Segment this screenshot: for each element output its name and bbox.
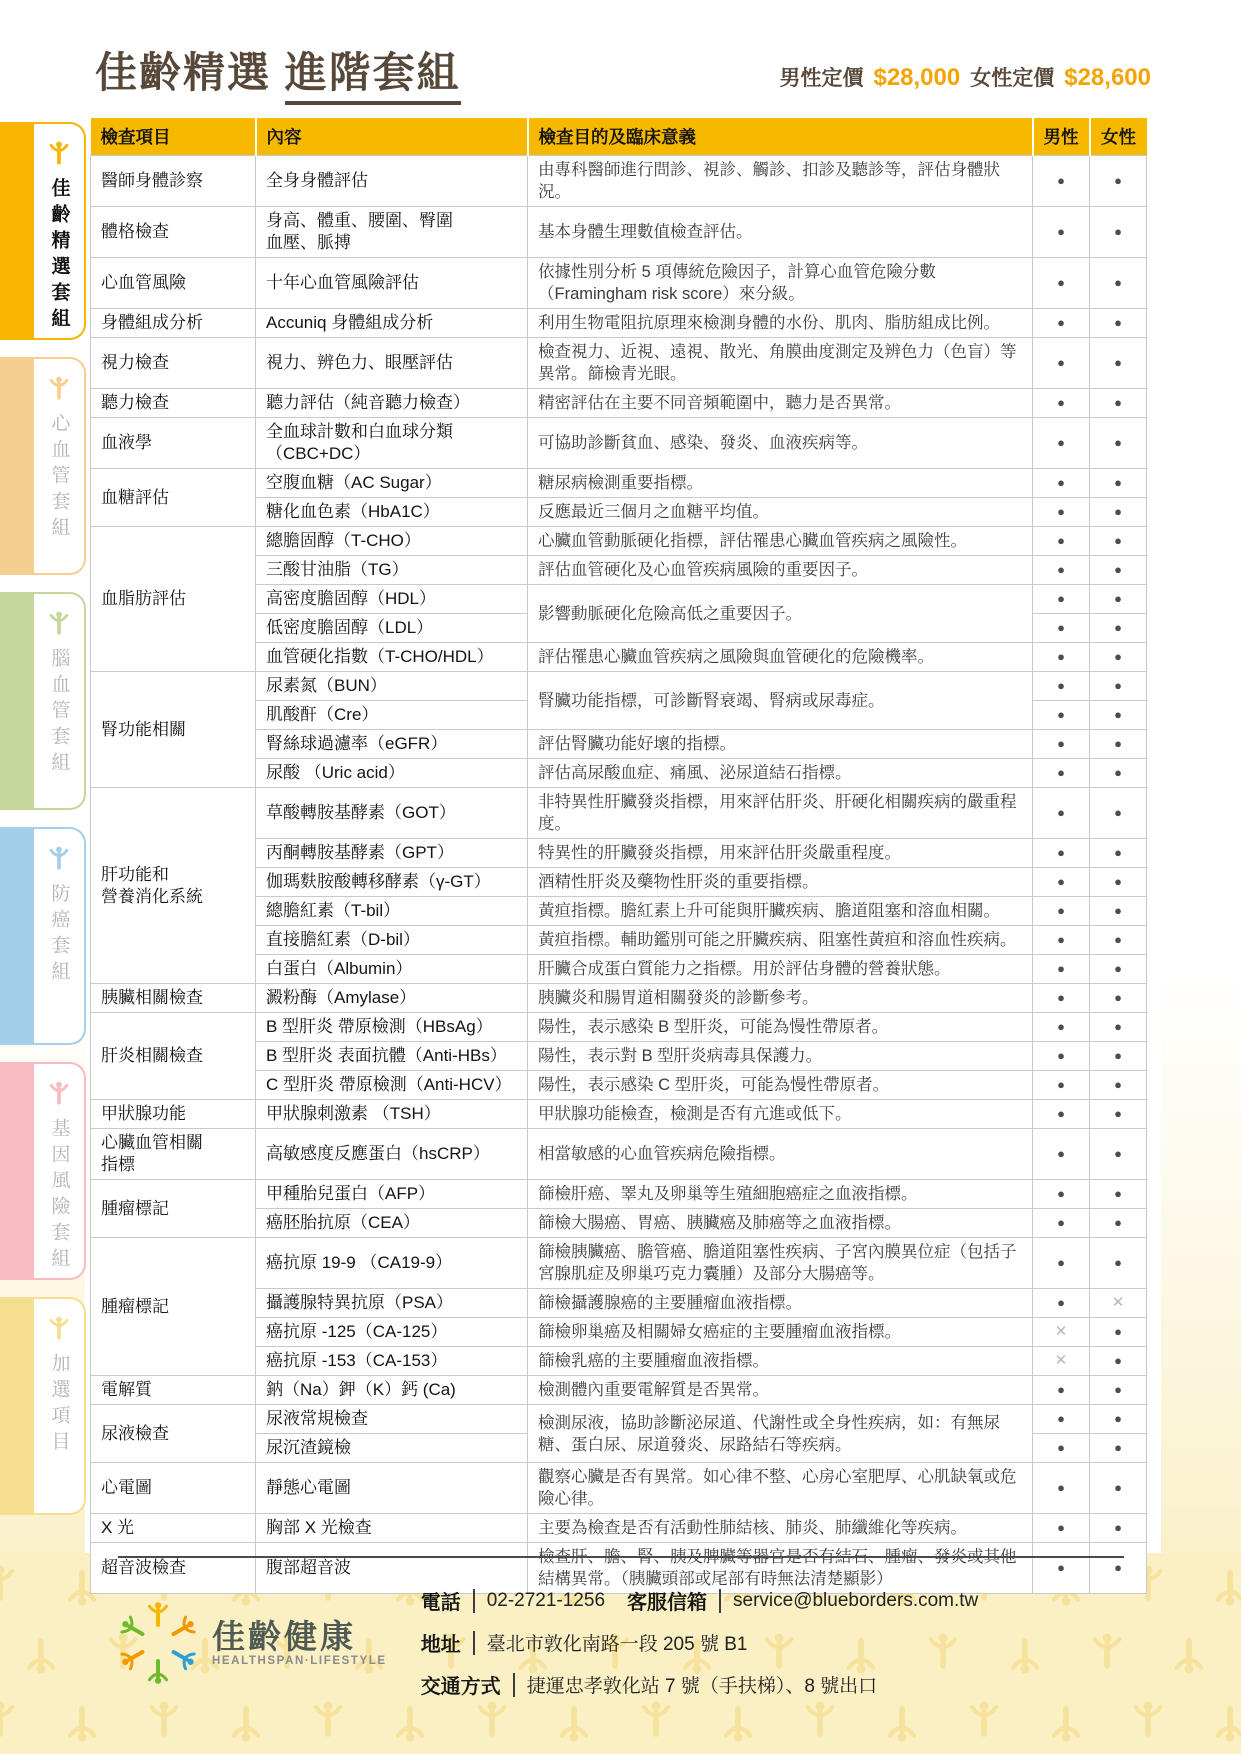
purpose-cell: 可協助診斷貧血、感染、發炎、血液疾病等。	[528, 418, 1033, 469]
category-cell: 心血管風險	[91, 258, 256, 309]
footer-divider	[118, 1556, 1124, 1558]
sidebar-tab-6[interactable]: 加選項目	[0, 1297, 88, 1515]
content-cell: 高密度膽固醇（HDL）	[256, 585, 528, 614]
male-mark: ●	[1033, 1434, 1090, 1463]
content-cell: 鈉（Na）鉀（K）鈣 (Ca)	[256, 1376, 528, 1405]
person-icon	[46, 610, 72, 636]
person-icon	[882, 1704, 922, 1744]
email-value: service@blueborders.com.tw	[733, 1590, 978, 1612]
male-mark: ●	[1033, 418, 1090, 469]
exam-row: 腫瘤標記癌抗原 19-9 （CA19-9）篩檢胰臟癌、膽管癌、膽道阻塞性疾病、子…	[91, 1238, 1147, 1289]
person-icon	[390, 1704, 430, 1744]
purpose-cell: 酒精性肝炎及藥物性肝炎的重要指標。	[528, 868, 1033, 897]
contact-block: 電話 02-2721-1256 客服信箱 service@blueborders…	[421, 1586, 979, 1699]
male-mark: ✕	[1033, 1347, 1090, 1376]
purpose-cell: 陽性，表示感染 C 型肝炎，可能為慢性帶原者。	[528, 1071, 1033, 1100]
brand-logo-block: 佳齡健康 HEALTHSPAN·LIFESTYLE	[118, 1603, 387, 1683]
male-mark: ●	[1033, 926, 1090, 955]
female-mark: ●	[1090, 469, 1147, 498]
pattern-person-icon	[21, 1631, 61, 1676]
pattern-person-icon	[1169, 1631, 1209, 1676]
purpose-cell: 利用生物電阻抗原理來檢測身體的水份、肌肉、脂肪組成比例。	[528, 309, 1033, 338]
person-icon	[800, 1699, 840, 1739]
content-cell: 肌酸酐（Cre）	[256, 701, 528, 730]
purpose-cell: 評估高尿酸血症、痛風、泌尿道結石指標。	[528, 759, 1033, 788]
brand-text-block: 佳齡健康 HEALTHSPAN·LIFESTYLE	[212, 1618, 387, 1668]
address-value: 臺北市敦化南路一段 205 號 B1	[487, 1629, 748, 1656]
category-cell: 肝炎相關檢查	[91, 1013, 256, 1100]
purpose-cell: 肝臟合成蛋白質能力之指標。用於評估身體的營養狀態。	[528, 955, 1033, 984]
female-mark: ●	[1090, 585, 1147, 614]
email-label: 客服信箱	[627, 1586, 707, 1615]
person-icon	[46, 845, 72, 871]
category-cell: 腫瘤標記	[91, 1180, 256, 1238]
purpose-cell: 篩檢胰臟癌、膽管癌、膽道阻塞性疾病、子宮內膜異位症（包括子宮腺肌症及卵巢巧克力囊…	[528, 1238, 1033, 1289]
tab-color-strip	[0, 1062, 34, 1280]
content-cell: 身高、體重、腰圍、臀圍 血壓、脈搏	[256, 207, 528, 258]
content-cell: C 型肝炎 帶原檢測（Anti-HCV）	[256, 1071, 528, 1100]
exam-row: 心電圖靜態心電圖觀察心臟是否有異常。如心律不整、心房心室肥厚、心肌缺氧或危險心律…	[91, 1463, 1147, 1514]
female-mark: ●	[1090, 614, 1147, 643]
separator-bar	[473, 1589, 475, 1613]
transport-value: 捷運忠孝敦化站 7 號（手扶梯）、8 號出口	[527, 1671, 877, 1698]
price-female-label: 女性定價	[970, 62, 1054, 92]
purpose-cell: 反應最近三個月之血糖平均值。	[528, 498, 1033, 527]
female-mark: ●	[1090, 1100, 1147, 1129]
category-cell: 血脂肪評估	[91, 527, 256, 672]
col-header-male: 男性	[1033, 118, 1090, 156]
contact-transport-row: 交通方式 捷運忠孝敦化站 7 號（手扶梯）、8 號出口	[421, 1670, 979, 1699]
col-header-female: 女性	[1090, 118, 1147, 156]
content-cell: 甲種胎兒蛋白（AFP）	[256, 1180, 528, 1209]
pattern-person-icon	[0, 1563, 20, 1608]
male-mark: ●	[1033, 984, 1090, 1013]
male-mark: ●	[1033, 614, 1090, 643]
purpose-cell: 評估罹患心臟血管疾病之風險與血管硬化的危險機率。	[528, 643, 1033, 672]
content-cell: 丙酮轉胺基酵素（GPT）	[256, 839, 528, 868]
content-cell: 白蛋白（Albumin）	[256, 955, 528, 984]
female-mark: ●	[1090, 1318, 1147, 1347]
content-cell: 癌抗原 -125（CA-125）	[256, 1318, 528, 1347]
person-icon	[62, 1704, 102, 1744]
category-cell: 血液學	[91, 418, 256, 469]
sidebar-tab-3[interactable]: 腦血管套組	[0, 592, 88, 810]
male-mark: ●	[1033, 338, 1090, 389]
pattern-person-icon	[554, 1699, 594, 1744]
tab-color-strip	[0, 592, 34, 810]
female-mark: ●	[1090, 1463, 1147, 1514]
female-mark: ●	[1090, 389, 1147, 418]
contact-address-row: 地址 臺北市敦化南路一段 205 號 B1	[421, 1628, 979, 1657]
male-mark: ●	[1033, 868, 1090, 897]
female-mark: ●	[1090, 527, 1147, 556]
content-cell: Accuniq 身體組成分析	[256, 309, 528, 338]
male-mark: ●	[1033, 527, 1090, 556]
female-mark: ✕	[1090, 1289, 1147, 1318]
pattern-person-icon	[62, 1699, 102, 1744]
content-cell: 空腹血糖（AC Sugar）	[256, 469, 528, 498]
female-mark: ●	[1090, 1347, 1147, 1376]
category-cell: 心電圖	[91, 1463, 256, 1514]
tab-body: 加選項目	[34, 1297, 86, 1515]
male-mark: ●	[1033, 1071, 1090, 1100]
female-mark: ●	[1090, 1238, 1147, 1289]
tab-color-strip	[0, 1297, 34, 1515]
person-icon	[1210, 1568, 1241, 1608]
female-mark: ●	[1090, 156, 1147, 207]
purpose-cell: 胰臟炎和腸胃道相關發炎的診斷參考。	[528, 984, 1033, 1013]
category-cell: 腫瘤標記	[91, 1238, 256, 1376]
content-cell: 低密度膽固醇（LDL）	[256, 614, 528, 643]
separator-bar	[473, 1631, 475, 1655]
male-mark: ●	[1033, 1042, 1090, 1071]
female-mark: ●	[1090, 498, 1147, 527]
exam-row: 體格檢查身高、體重、腰圍、臀圍 血壓、脈搏基本身體生理數值檢查評估。●●	[91, 207, 1147, 258]
col-header-purpose: 檢查目的及臨床意義	[528, 118, 1033, 156]
female-mark: ●	[1090, 338, 1147, 389]
exam-table-body: 醫師身體診察全身身體評估由專科醫師進行問診、視診、觸診、扣診及聽診等，評估身體狀…	[91, 156, 1147, 1594]
purpose-cell: 特異性的肝臟發炎指標，用來評估肝炎嚴重程度。	[528, 839, 1033, 868]
person-icon	[46, 1080, 72, 1106]
pattern-person-icon	[636, 1699, 676, 1744]
person-icon	[472, 1699, 512, 1739]
price-male-label: 男性定價	[779, 62, 863, 92]
purpose-cell: 黃疸指標。膽紅素上升可能與肝臟疾病、膽道阻塞和溶血相關。	[528, 897, 1033, 926]
purpose-cell: 篩檢大腸癌、胃癌、胰臟癌及肺癌等之血液指標。	[528, 1209, 1033, 1238]
content-cell: 總膽固醇（T-CHO）	[256, 527, 528, 556]
purpose-cell: 相當敏感的心血管疾病危險指標。	[528, 1129, 1033, 1180]
tab-body: 防癌套組	[34, 827, 86, 1045]
header-row: 佳齡精選 進階套組 男性定價 $28,000 女性定價 $28,600	[95, 50, 1151, 96]
category-cell: 尿液檢查	[91, 1405, 256, 1463]
exam-row: 甲狀腺功能甲狀腺刺激素 （TSH）甲狀腺功能檢查，檢測是否有亢進或低下。●●	[91, 1100, 1147, 1129]
content-cell: 尿素氮（BUN）	[256, 672, 528, 701]
exam-row: 身體組成分析Accuniq 身體組成分析利用生物電阻抗原理來檢測身體的水份、肌肉…	[91, 309, 1147, 338]
exam-row: 腎功能相關尿素氮（BUN）腎臟功能指標，可診斷腎衰竭、腎病或尿毒症。●●	[91, 672, 1147, 701]
content-cell: 總膽紅素（T-bil）	[256, 897, 528, 926]
exam-table: 檢查項目 內容 檢查目的及臨床意義 男性 女性 醫師身體診察全身身體評估由專科醫…	[90, 118, 1147, 1594]
price-male-value: $28,000	[873, 64, 960, 92]
tab-color-strip	[0, 122, 34, 340]
content-cell: 十年心血管風險評估	[256, 258, 528, 309]
male-mark: ●	[1033, 207, 1090, 258]
brand-tagline: HEALTHSPAN·LIFESTYLE	[212, 1655, 387, 1667]
pattern-person-icon	[390, 1699, 430, 1744]
person-icon	[226, 1704, 266, 1744]
category-cell: 甲狀腺功能	[91, 1100, 256, 1129]
male-mark: ●	[1033, 1514, 1090, 1543]
exam-row: 聽力檢查聽力評估（純音聽力檢查）精密評估在主要不同音頻範圍中，聽力是否異常。●●	[91, 389, 1147, 418]
sidebar-tab-1[interactable]: 佳齡精選套組	[0, 122, 88, 340]
exam-row: 心臟血管相關 指標高敏感度反應蛋白（hsCRP）相當敏感的心血管疾病危險指標。●…	[91, 1129, 1147, 1180]
exam-row: 血糖評估空腹血糖（AC Sugar）糖尿病檢測重要指標。●●	[91, 469, 1147, 498]
phone-label: 電話	[421, 1586, 461, 1615]
purpose-cell: 篩檢乳癌的主要腫瘤血液指標。	[528, 1347, 1033, 1376]
content-cell: 草酸轉胺基酵素（GOT）	[256, 788, 528, 839]
purpose-cell: 篩檢攝護腺癌的主要腫瘤血液指標。	[528, 1289, 1033, 1318]
purpose-cell: 由專科醫師進行問診、視診、觸診、扣診及聽診等，評估身體狀況。	[528, 156, 1033, 207]
female-mark: ●	[1090, 1434, 1147, 1463]
male-mark: ●	[1033, 556, 1090, 585]
female-mark: ●	[1090, 418, 1147, 469]
tab-color-strip	[0, 827, 34, 1045]
person-icon	[308, 1699, 348, 1739]
exam-row: 肝功能和 營養消化系統草酸轉胺基酵素（GOT）非特異性肝臟發炎指標，用來評估肝炎…	[91, 788, 1147, 839]
purpose-cell: 依據性別分析 5 項傳統危險因子，計算心血管危險分數（Framingham ri…	[528, 258, 1033, 309]
purpose-cell: 影響動脈硬化危險高低之重要因子。	[528, 585, 1033, 643]
tab-body: 基因風險套組	[34, 1062, 86, 1280]
male-mark: ●	[1033, 258, 1090, 309]
content-cell: 聽力評估（純音聽力檢查）	[256, 389, 528, 418]
category-cell: 身體組成分析	[91, 309, 256, 338]
content-cell: 尿沉渣鏡檢	[256, 1434, 528, 1463]
person-icon	[46, 140, 72, 166]
exam-row: 醫師身體診察全身身體評估由專科醫師進行問診、視診、觸診、扣診及聽診等，評估身體狀…	[91, 156, 1147, 207]
separator-bar	[719, 1589, 721, 1613]
purpose-cell: 檢查視力、近視、遠視、散光、角膜曲度測定及辨色力（色盲）等異常。篩檢青光眼。	[528, 338, 1033, 389]
footer: 佳齡健康 HEALTHSPAN·LIFESTYLE 電話 02-2721-125…	[118, 1586, 1128, 1699]
pattern-person-icon	[964, 1699, 1004, 1744]
female-mark: ●	[1090, 1209, 1147, 1238]
category-cell: 肝功能和 營養消化系統	[91, 788, 256, 984]
tab-label: 基因風險套組	[46, 1118, 73, 1274]
female-mark: ●	[1090, 839, 1147, 868]
content-cell: 靜態心電圖	[256, 1463, 528, 1514]
content-cell: 高敏感度反應蛋白（hsCRP）	[256, 1129, 528, 1180]
male-mark: ●	[1033, 759, 1090, 788]
category-cell: 視力檢查	[91, 338, 256, 389]
col-header-content: 內容	[256, 118, 528, 156]
female-mark: ●	[1090, 1180, 1147, 1209]
male-mark: ●	[1033, 1238, 1090, 1289]
tab-label: 心血管套組	[46, 413, 73, 543]
content-cell: 癌抗原 19-9 （CA19-9）	[256, 1238, 528, 1289]
content-cell: 血管硬化指數（T-CHO/HDL）	[256, 643, 528, 672]
content-cell: 全身身體評估	[256, 156, 528, 207]
female-mark: ●	[1090, 643, 1147, 672]
brand-name: 佳齡健康	[212, 1618, 387, 1656]
category-cell: 血糖評估	[91, 469, 256, 527]
content-cell: 全血球計數和白血球分類 （CBC+DC）	[256, 418, 528, 469]
male-mark: ●	[1033, 643, 1090, 672]
tab-label: 防癌套組	[46, 883, 73, 987]
person-icon	[144, 1699, 184, 1739]
page-title: 佳齡精選 進階套組	[95, 50, 461, 96]
sidebar-tab-4[interactable]: 防癌套組	[0, 827, 88, 1045]
female-mark: ●	[1090, 556, 1147, 585]
exam-row: 血脂肪評估總膽固醇（T-CHO）心臟血管動脈硬化指標，評估罹患心臟血管疾病之風險…	[91, 527, 1147, 556]
content-cell: 胸部 X 光檢查	[256, 1514, 528, 1543]
male-mark: ●	[1033, 1209, 1090, 1238]
col-header-item: 檢查項目	[91, 118, 256, 156]
male-mark: ●	[1033, 498, 1090, 527]
person-icon	[636, 1699, 676, 1739]
content-cell: 伽瑪麩胺酸轉移酵素（γ-GT）	[256, 868, 528, 897]
exam-row: 心血管風險十年心血管風險評估依據性別分析 5 項傳統危險因子，計算心血管危險分數…	[91, 258, 1147, 309]
female-mark: ●	[1090, 309, 1147, 338]
female-mark: ●	[1090, 868, 1147, 897]
female-mark: ●	[1090, 1071, 1147, 1100]
person-icon	[1169, 1636, 1209, 1676]
female-mark: ●	[1090, 1042, 1147, 1071]
tab-label: 腦血管套組	[46, 648, 73, 778]
tab-body: 佳齡精選套組	[34, 122, 86, 340]
female-mark: ●	[1090, 258, 1147, 309]
exam-row: X 光胸部 X 光檢查主要為檢查是否有活動性肺結核、肺炎、肺纖維化等疾病。●●	[91, 1514, 1147, 1543]
purpose-cell: 心臟血管動脈硬化指標，評估罹患心臟血管疾病之風險性。	[528, 527, 1033, 556]
content-cell: 癌抗原 -153（CA-153）	[256, 1347, 528, 1376]
pattern-person-icon	[800, 1699, 840, 1744]
content-cell: 三酸甘油脂（TG）	[256, 556, 528, 585]
content-cell: 尿液常規檢查	[256, 1405, 528, 1434]
tab-body: 腦血管套組	[34, 592, 86, 810]
purpose-cell: 糖尿病檢測重要指標。	[528, 469, 1033, 498]
male-mark: ●	[1033, 585, 1090, 614]
female-mark: ●	[1090, 759, 1147, 788]
phone-value: 02-2721-1256	[487, 1590, 605, 1612]
category-cell: 腎功能相關	[91, 672, 256, 788]
content-cell: 視力、辨色力、眼壓評估	[256, 338, 528, 389]
purpose-cell: 檢測尿液，協助診斷泌尿道、代謝性或全身性疾病，如：有無尿糖、蛋白尿、尿道發炎、尿…	[528, 1405, 1033, 1463]
pattern-person-icon	[1210, 1699, 1241, 1744]
content-cell: B 型肝炎 表面抗體（Anti-HBs）	[256, 1042, 528, 1071]
purpose-cell: 甲狀腺功能檢查，檢測是否有亢進或低下。	[528, 1100, 1033, 1129]
category-cell: 聽力檢查	[91, 389, 256, 418]
pattern-person-icon	[308, 1699, 348, 1744]
purpose-cell: 陽性，表示感染 B 型肝炎，可能為慢性帶原者。	[528, 1013, 1033, 1042]
male-mark: ●	[1033, 1405, 1090, 1434]
female-mark: ●	[1090, 788, 1147, 839]
content-cell: 腎絲球過濾率（eGFR）	[256, 730, 528, 759]
male-mark: ●	[1033, 389, 1090, 418]
male-mark: ●	[1033, 955, 1090, 984]
male-mark: ●	[1033, 1376, 1090, 1405]
category-cell: 醫師身體診察	[91, 156, 256, 207]
pattern-person-icon	[1046, 1699, 1086, 1744]
male-mark: ●	[1033, 1100, 1090, 1129]
category-cell: 心臟血管相關 指標	[91, 1129, 256, 1180]
pattern-person-icon	[472, 1699, 512, 1744]
male-mark: ●	[1033, 1289, 1090, 1318]
person-icon	[1128, 1699, 1168, 1739]
exam-row: 腫瘤標記甲種胎兒蛋白（AFP）篩檢肝癌、睪丸及卵巢等生殖細胞癌症之血液指標。●●	[91, 1180, 1147, 1209]
exam-row: 肝炎相關檢查B 型肝炎 帶原檢測（HBsAg）陽性，表示感染 B 型肝炎，可能為…	[91, 1013, 1147, 1042]
purpose-cell: 主要為檢查是否有活動性肺結核、肺炎、肺纖維化等疾病。	[528, 1514, 1033, 1543]
purpose-cell: 基本身體生理數值檢查評估。	[528, 207, 1033, 258]
person-icon	[21, 1636, 61, 1676]
male-mark: ●	[1033, 309, 1090, 338]
male-mark: ●	[1033, 1180, 1090, 1209]
exam-row: 尿液檢查尿液常規檢查檢測尿液，協助診斷泌尿道、代謝性或全身性疾病，如：有無尿糖、…	[91, 1405, 1147, 1434]
contact-phone-row: 電話 02-2721-1256 客服信箱 service@blueborders…	[421, 1586, 979, 1615]
female-mark: ●	[1090, 897, 1147, 926]
document-page: 佳齡精選 進階套組 男性定價 $28,000 女性定價 $28,600 佳齡精選…	[0, 0, 1241, 1754]
female-mark: ●	[1090, 1129, 1147, 1180]
male-mark: ●	[1033, 839, 1090, 868]
exam-row: 視力檢查視力、辨色力、眼壓評估檢查視力、近視、遠視、散光、角膜曲度測定及辨色力（…	[91, 338, 1147, 389]
purpose-cell: 精密評估在主要不同音頻範圍中，聽力是否異常。	[528, 389, 1033, 418]
purpose-cell: 非特異性肝臟發炎指標，用來評估肝炎、肝硬化相關疾病的嚴重程度。	[528, 788, 1033, 839]
purpose-cell: 腎臟功能指標，可診斷腎衰竭、腎病或尿毒症。	[528, 672, 1033, 730]
address-label: 地址	[421, 1628, 461, 1657]
category-cell: 胰臟相關檢查	[91, 984, 256, 1013]
female-mark: ●	[1090, 955, 1147, 984]
content-cell: B 型肝炎 帶原檢測（HBsAg）	[256, 1013, 528, 1042]
male-mark: ●	[1033, 469, 1090, 498]
purpose-cell: 陽性，表示對 B 型肝炎病毒具保護力。	[528, 1042, 1033, 1071]
sidebar-tab-5[interactable]: 基因風險套組	[0, 1062, 88, 1280]
pattern-person-icon	[1210, 1563, 1241, 1608]
separator-bar	[513, 1673, 515, 1697]
exam-row: 胰臟相關檢查澱粉酶（Amylase）胰臟炎和腸胃道相關發炎的診斷參考。●●	[91, 984, 1147, 1013]
page-title-sub: 進階套組	[285, 49, 461, 105]
brand-logo-icon	[118, 1603, 198, 1683]
content-cell: 癌胚胎抗原（CEA）	[256, 1209, 528, 1238]
exam-row: 血液學全血球計數和白血球分類 （CBC+DC）可協助診斷貧血、感染、發炎、血液疾…	[91, 418, 1147, 469]
male-mark: ●	[1033, 1463, 1090, 1514]
male-mark: ●	[1033, 730, 1090, 759]
male-mark: ●	[1033, 1013, 1090, 1042]
female-mark: ●	[1090, 1514, 1147, 1543]
person-icon	[1210, 1704, 1241, 1744]
content-cell: 澱粉酶（Amylase）	[256, 984, 528, 1013]
pattern-person-icon	[882, 1699, 922, 1744]
price-female-value: $28,600	[1064, 64, 1151, 92]
category-cell: 體格檢查	[91, 207, 256, 258]
female-mark: ●	[1090, 984, 1147, 1013]
transport-label: 交通方式	[421, 1670, 501, 1699]
purpose-cell: 篩檢卵巢癌及相關婦女癌症的主要腫瘤血液指標。	[528, 1318, 1033, 1347]
female-mark: ●	[1090, 672, 1147, 701]
pattern-person-icon	[144, 1699, 184, 1744]
person-icon	[0, 1563, 20, 1603]
male-mark: ●	[1033, 701, 1090, 730]
person-icon	[46, 1315, 72, 1341]
female-mark: ●	[1090, 1405, 1147, 1434]
male-mark: ●	[1033, 156, 1090, 207]
purpose-cell: 黃疸指標。輔助鑑別可能之肝臟疾病、阻塞性黃疸和溶血性疾病。	[528, 926, 1033, 955]
tab-body: 心血管套組	[34, 357, 86, 575]
content-cell: 尿酸 （Uric acid）	[256, 759, 528, 788]
person-icon	[554, 1704, 594, 1744]
female-mark: ●	[1090, 701, 1147, 730]
person-icon	[964, 1699, 1004, 1739]
female-mark: ●	[1090, 1376, 1147, 1405]
category-cell: X 光	[91, 1514, 256, 1543]
purpose-cell: 評估腎臟功能好壞的指標。	[528, 730, 1033, 759]
tab-label: 佳齡精選套組	[46, 178, 73, 334]
male-mark: ●	[1033, 897, 1090, 926]
pattern-person-icon	[1128, 1699, 1168, 1744]
female-mark: ●	[1090, 207, 1147, 258]
category-cell: 電解質	[91, 1376, 256, 1405]
female-mark: ●	[1090, 1013, 1147, 1042]
pattern-person-icon	[0, 1699, 20, 1744]
sidebar-tab-2[interactable]: 心血管套組	[0, 357, 88, 575]
purpose-cell: 檢測體內重要電解質是否異常。	[528, 1376, 1033, 1405]
exam-row: 電解質鈉（Na）鉀（K）鈣 (Ca)檢測體內重要電解質是否異常。●●	[91, 1376, 1147, 1405]
person-icon	[1046, 1704, 1086, 1744]
male-mark: ●	[1033, 1129, 1090, 1180]
pattern-person-icon	[718, 1699, 758, 1744]
pattern-person-icon	[226, 1699, 266, 1744]
content-cell: 糖化血色素（HbA1C）	[256, 498, 528, 527]
person-icon	[718, 1704, 758, 1744]
female-mark: ●	[1090, 926, 1147, 955]
exam-table-header-row: 檢查項目 內容 檢查目的及臨床意義 男性 女性	[91, 118, 1147, 156]
content-cell: 攝護腺特異抗原（PSA）	[256, 1289, 528, 1318]
price-block: 男性定價 $28,000 女性定價 $28,600	[779, 62, 1151, 96]
